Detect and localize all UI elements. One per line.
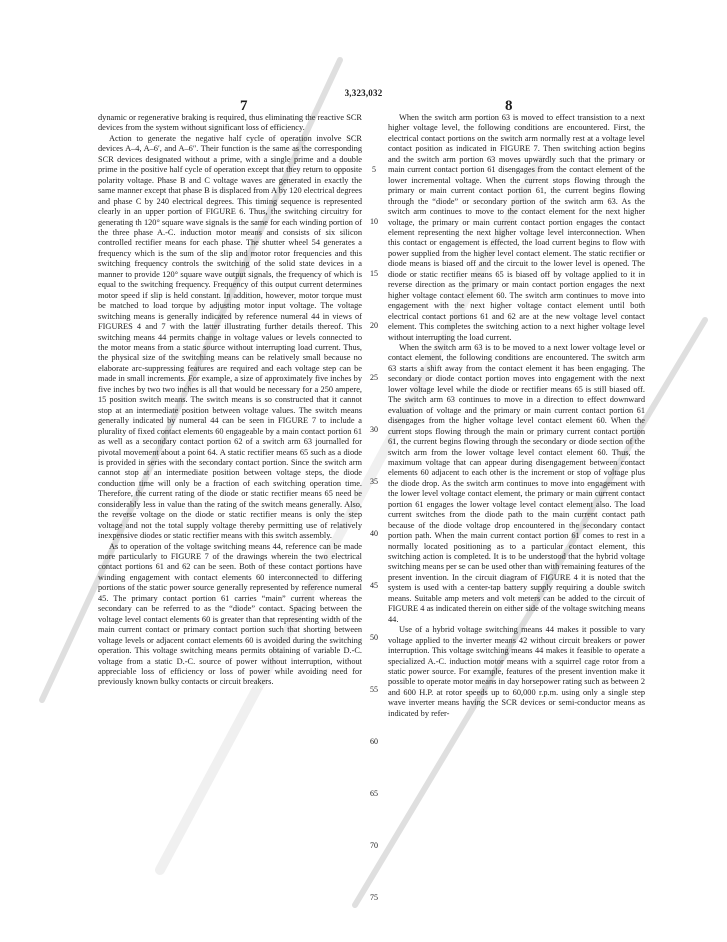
line-number: 75 <box>364 893 384 902</box>
line-number: 45 <box>364 581 384 590</box>
line-number: 55 <box>364 685 384 694</box>
line-number: 50 <box>364 633 384 642</box>
line-number: 20 <box>364 321 384 330</box>
patent-number: 3,323,032 <box>0 88 727 98</box>
line-number: 70 <box>364 841 384 850</box>
paragraph: Use of a hybrid voltage switching means … <box>388 625 645 719</box>
paragraph: As to operation of the voltage switching… <box>98 542 362 688</box>
line-number: 60 <box>364 737 384 746</box>
right-text-column: When the switch arm portion 63 is moved … <box>388 113 645 719</box>
line-number: 30 <box>364 425 384 434</box>
line-number: 35 <box>364 477 384 486</box>
line-number: 65 <box>364 789 384 798</box>
line-number: 15 <box>364 269 384 278</box>
line-number: 40 <box>364 529 384 538</box>
paragraph: When the switch arm 63 is to be moved to… <box>388 343 645 625</box>
paragraph: dynamic or regenerative braking is requi… <box>98 113 362 134</box>
left-text-column: dynamic or regenerative braking is requi… <box>98 113 362 688</box>
paragraph: Action to generate the negative half cyc… <box>98 134 362 542</box>
line-number: 5 <box>364 165 384 174</box>
line-number: 10 <box>364 217 384 226</box>
line-number: 25 <box>364 373 384 382</box>
paragraph: When the switch arm portion 63 is moved … <box>388 113 645 343</box>
